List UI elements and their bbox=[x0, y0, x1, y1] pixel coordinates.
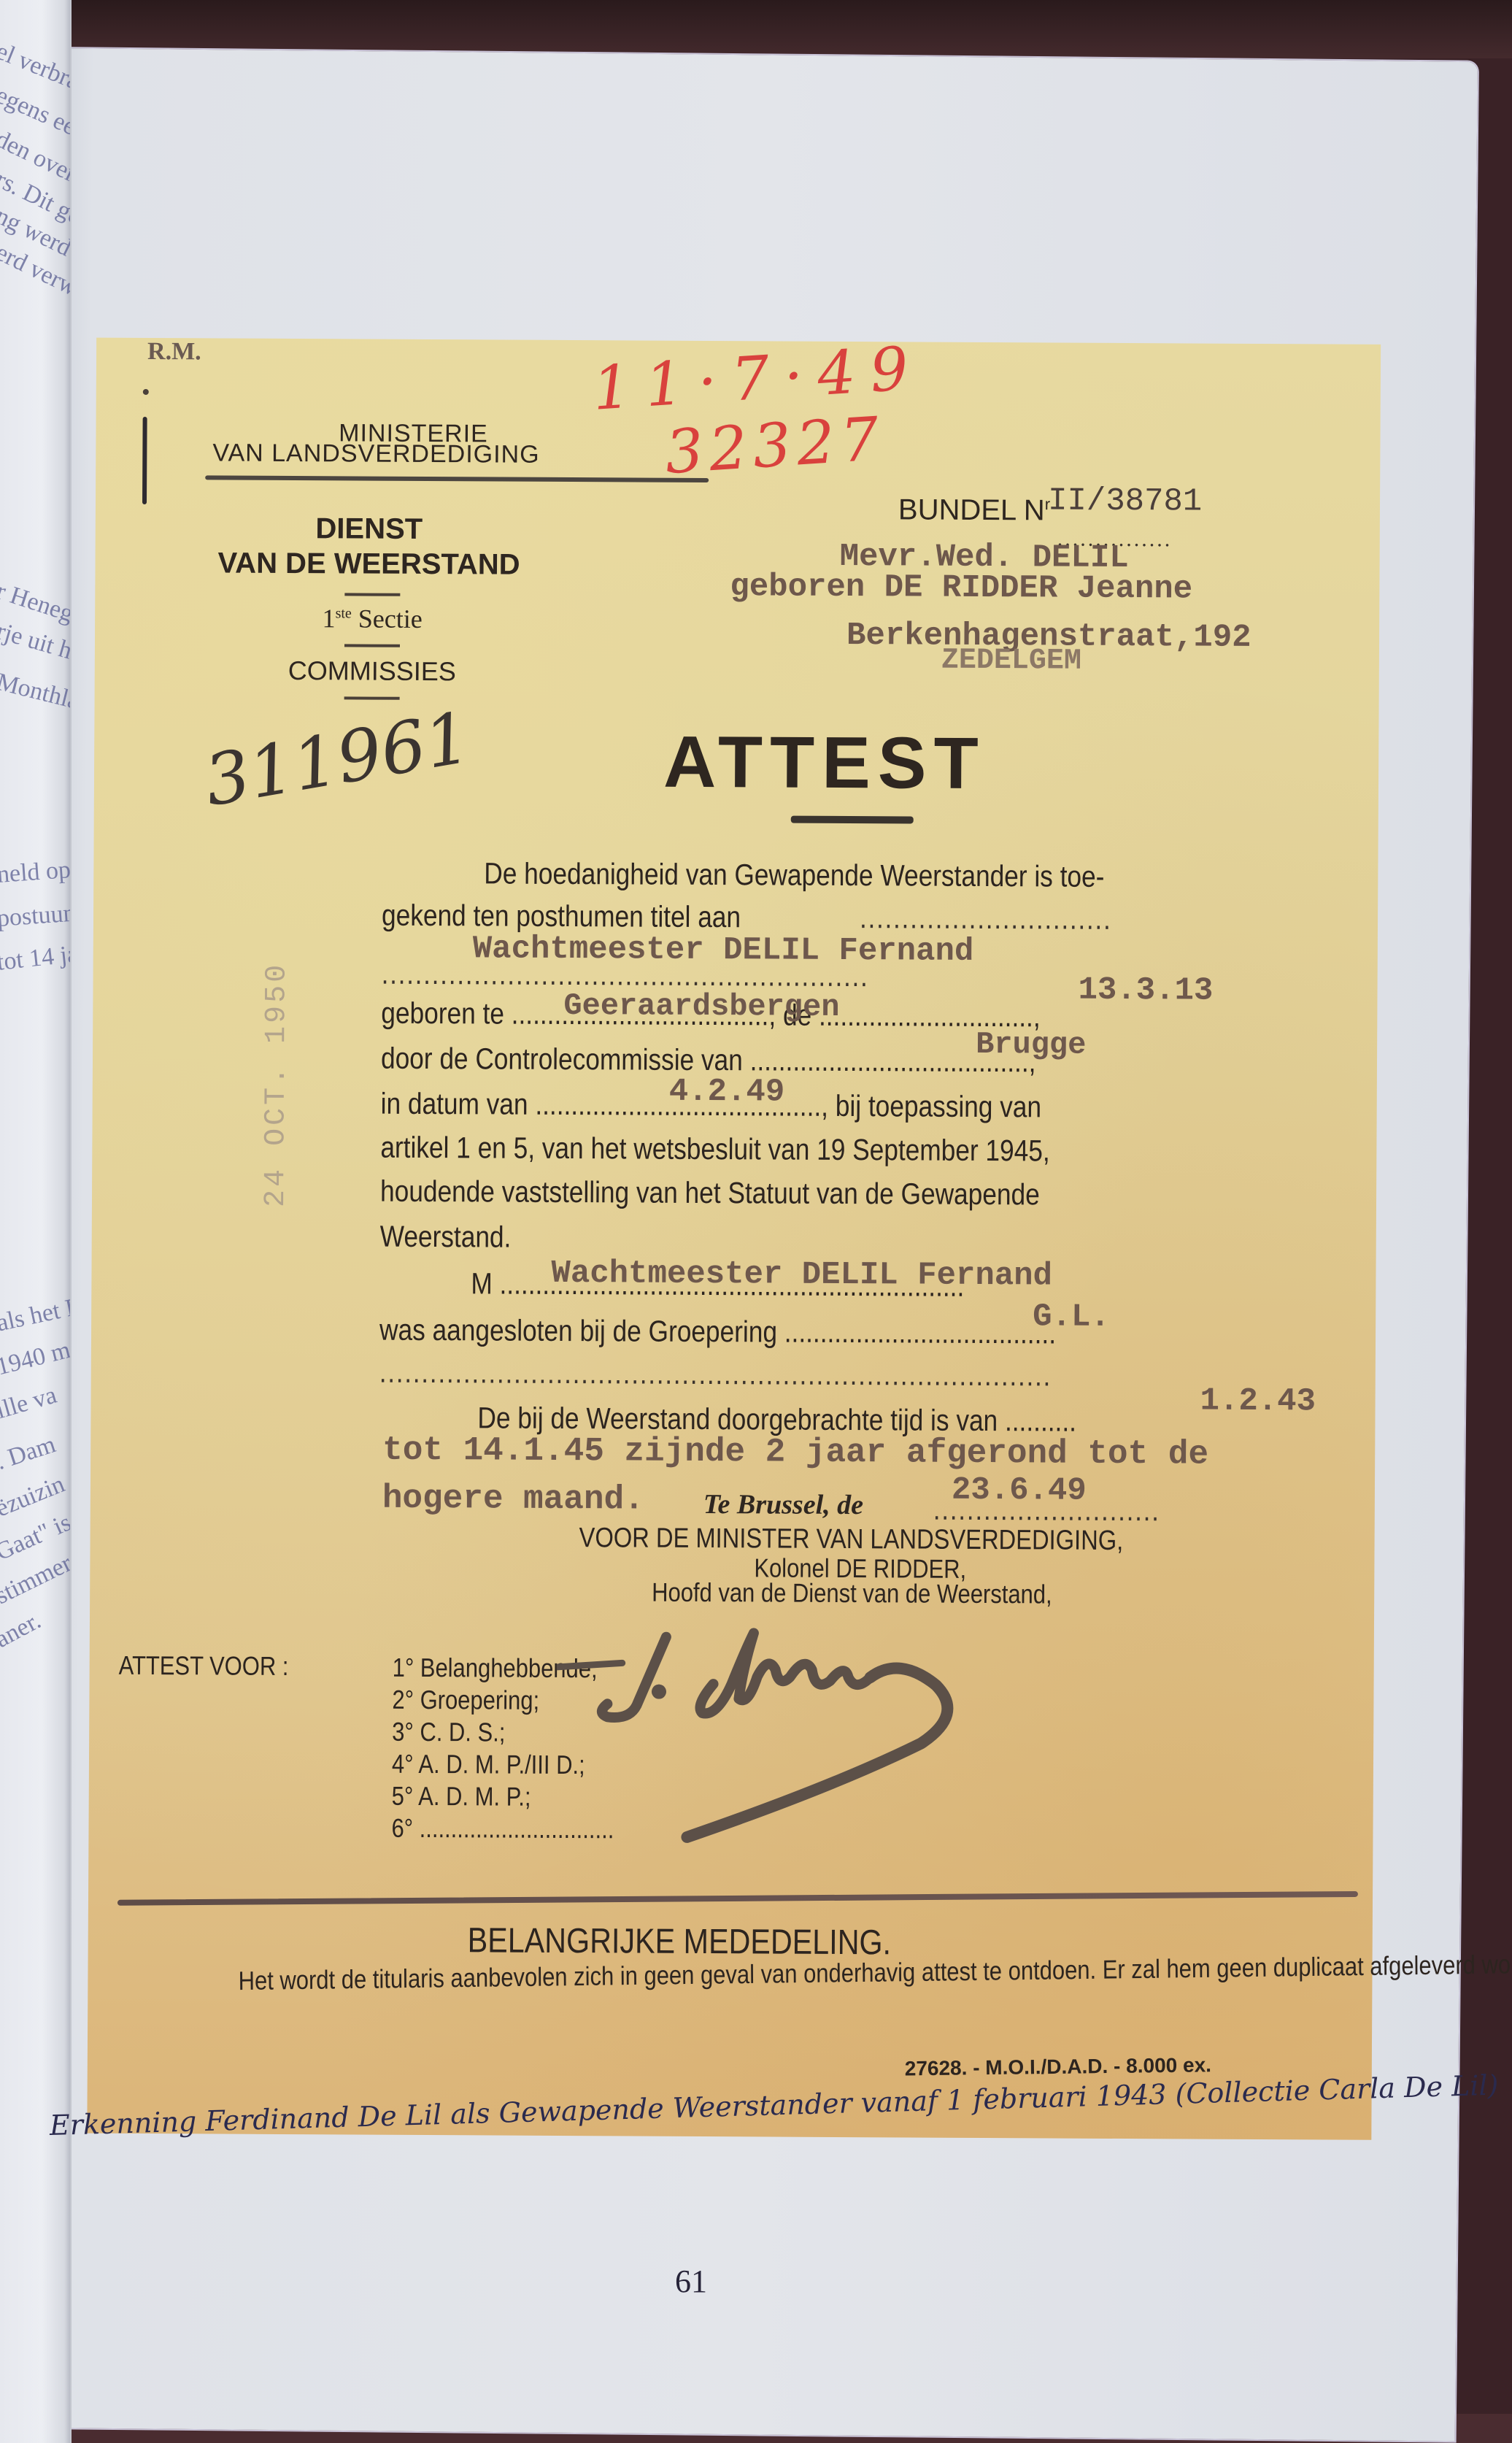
bundle-number: II/38781 bbox=[1048, 482, 1202, 520]
place-date-label: Te Brussel, de bbox=[703, 1488, 863, 1521]
red-annotation-number: 32327 bbox=[663, 404, 887, 488]
body-line: artikel 1 en 5, van het wetsbesluit van … bbox=[380, 1131, 1050, 1169]
fill-dots: ........................................… bbox=[379, 1355, 1052, 1393]
header-rule bbox=[205, 475, 709, 482]
print-imprint: 27628. - M.O.I./D.A.D. - 8.000 ex. bbox=[905, 2053, 1212, 2080]
service-name: DIENST VAN DE WEERSTAND bbox=[204, 510, 533, 582]
divider-dash bbox=[344, 644, 400, 647]
corner-mark: R.M. bbox=[147, 338, 201, 366]
distribution-label: ATTEST VOOR : bbox=[119, 1650, 289, 1682]
divider-dash bbox=[344, 696, 400, 699]
date-stamp: 24 OCT. 1950 bbox=[260, 962, 294, 1207]
department-label: COMMISSIES bbox=[266, 655, 478, 688]
addressee-line2: geboren DE RIDDER Jeanne bbox=[730, 569, 1192, 607]
notice-title: BELANGRIJKE MEDEDELING. bbox=[468, 1920, 892, 1963]
signature-icon bbox=[555, 1625, 1097, 1847]
left-page-text: Monthlan bbox=[0, 669, 72, 719]
bundle-label: BUNDEL Nr bbox=[898, 493, 1050, 527]
body-line: houdende vaststelling van het Statuut va… bbox=[380, 1174, 1040, 1212]
left-page-text: tot 14 jaar bbox=[0, 939, 72, 977]
typed-birthdate: 13.3.13 bbox=[1078, 972, 1213, 1009]
left-page-text: als het E bbox=[0, 1293, 72, 1338]
body-line: Weerstand. bbox=[380, 1220, 512, 1255]
typed-commission-date: 4.2.49 bbox=[669, 1074, 785, 1111]
left-page-text: neld op h bbox=[0, 855, 72, 889]
addressee-line4: ZEDELGEM bbox=[941, 645, 1081, 678]
document-title: ATTEST bbox=[663, 720, 986, 806]
left-page-text: aner. bbox=[0, 1607, 45, 1654]
service-line2: VAN DE WEERSTAND bbox=[204, 545, 533, 582]
attest-document: R.M. MINISTERIE VAN LANDSVERDEDIGING 11·… bbox=[87, 338, 1381, 2140]
typed-period-line2: hogere maand. bbox=[382, 1480, 644, 1519]
left-page-text: ille va bbox=[0, 1382, 60, 1426]
signatory-line1: VOOR DE MINISTER VAN LANDSVERDEDIGING, bbox=[579, 1523, 1123, 1557]
notice-text: Het wordt de titularis aanbevolen zich i… bbox=[176, 1953, 1287, 1996]
ministry-line2: VAN LANDSVERDEDIGING bbox=[212, 439, 539, 469]
left-page-text: . Dam bbox=[0, 1431, 59, 1476]
service-line1: DIENST bbox=[205, 510, 533, 547]
punch-dot bbox=[143, 389, 149, 395]
typed-period-line1: tot 14.1.45 zijnde 2 jaar afgerond tot d… bbox=[382, 1431, 1208, 1474]
typed-group: G.L. bbox=[1033, 1299, 1110, 1336]
typed-birthplace: Geeraardsbergen bbox=[563, 988, 839, 1025]
handwritten-number: 311961 bbox=[198, 696, 476, 822]
title-rule bbox=[791, 816, 914, 824]
typed-commission: Brugge bbox=[976, 1027, 1086, 1063]
notice-rule bbox=[117, 1891, 1358, 1906]
page-number: 61 bbox=[675, 2263, 707, 2300]
typed-period-start: 1.2.43 bbox=[1200, 1383, 1316, 1420]
typed-member: Wachtmeester DELIL Fernand bbox=[551, 1255, 1052, 1295]
body-line: De hoedanigheid van Gewapende Weerstande… bbox=[484, 856, 1104, 893]
left-facing-page: el verbrak op egens een ja den overgel r… bbox=[0, 0, 72, 2443]
left-page-text: postuum e bbox=[0, 898, 72, 933]
typed-issue-date: 23.6.49 bbox=[952, 1472, 1087, 1509]
section-label: 1ste Sectie bbox=[306, 603, 438, 634]
body-line-group: was aangesloten bij de Groepering ......… bbox=[379, 1313, 1056, 1351]
signatory-line3: Hoofd van de Dienst van de Weerstand, bbox=[652, 1577, 1052, 1610]
left-page-text: 1940 m bbox=[0, 1336, 72, 1382]
margin-bar bbox=[142, 417, 147, 504]
body-line: gekend ten posthumen titel aan bbox=[382, 899, 741, 935]
fill-dots: .............................. bbox=[860, 901, 1112, 936]
divider-dash bbox=[344, 593, 400, 596]
